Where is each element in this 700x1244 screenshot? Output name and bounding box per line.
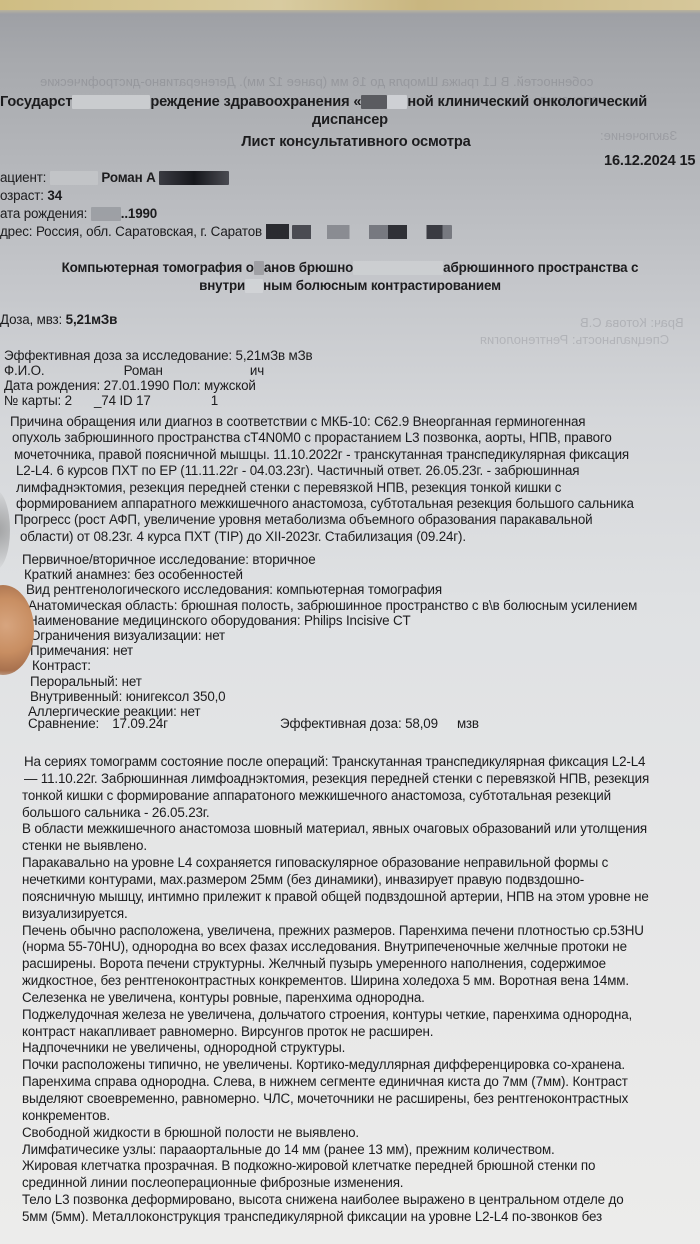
findings-line: выделяют своевременно, равномерно. ЧЛС, … xyxy=(22,1091,628,1107)
document-title: Лист консультативного осмотра xyxy=(0,134,700,150)
card-number-row: № карты: 2_74 ID 171 xyxy=(4,393,218,409)
effective-dose: Эффективная доза за исследование: 5,21мЗ… xyxy=(4,348,313,364)
photo-background-strip xyxy=(0,0,700,10)
study-title-line2: внутриным болюсным контрастированием xyxy=(0,278,700,294)
organization-name: Государстреждение здравоохранения «ной к… xyxy=(0,94,647,110)
diagnosis-line: L2-L4. 6 курсов ПХТ по EP (11.11.22г - 0… xyxy=(16,463,579,479)
findings-line: Жировая клетчатка прозрачная. В подкожно… xyxy=(22,1158,595,1174)
findings-line: — 11.10.22г. Забрюшинная лимфоаднэктомия… xyxy=(24,771,649,787)
redaction-blur xyxy=(292,225,452,239)
findings-line: стенки не выявлено. xyxy=(22,838,147,854)
comparison-dose: Эффективная доза: 58,09 мзв xyxy=(280,716,479,732)
findings-line: Печень обычно расположена, увеличена, пр… xyxy=(22,923,644,939)
patient-age-row: озраст: 34 xyxy=(0,188,62,204)
findings-line: На серияx томограмм состояние после опер… xyxy=(24,754,645,770)
comparison-row: Сравнение: 17.09.24г xyxy=(28,716,168,732)
organization-name-line2: диспансер xyxy=(0,112,700,128)
findings-line: конкрементов. xyxy=(22,1108,110,1124)
patient-dob-row: ата рождения: ..1990 xyxy=(0,206,157,222)
findings-line: срединной линии послеоперационные фиброз… xyxy=(22,1175,403,1191)
bleed-through-text: Специальность: Рентгенология xyxy=(480,332,669,347)
redaction-blur xyxy=(361,95,387,109)
redaction-blur xyxy=(91,207,121,221)
findings-line: (норма 55-70HU), однородна во всех фазах… xyxy=(22,939,627,955)
study-field: Первичное/вторичное исследование: вторич… xyxy=(22,552,316,568)
findings-line: Лимфатичесике узлы: парааортальные до 14… xyxy=(22,1142,555,1158)
study-field: Ограничения визуализации: нет xyxy=(30,628,225,644)
findings-line: Паракавально на уровне L4 сохраняется ги… xyxy=(22,855,608,871)
redaction-blur xyxy=(254,261,264,275)
patient-address-row: дрес: Россия, обл. Саратовская, г. Сарат… xyxy=(0,224,452,240)
study-field: Контраст: xyxy=(32,658,91,674)
findings-line: Паренхима справа однородна. Слева, в ниж… xyxy=(22,1074,628,1090)
study-title-line1: Компьютерная томография оанов брюшноабрю… xyxy=(0,260,700,276)
diagnosis-line: области) от 08.23г. 4 курса ПХТ (TIP) до… xyxy=(20,529,466,545)
diagnosis-line: мочеточника, правой поясничной мышцы. 11… xyxy=(14,447,629,463)
findings-line: Свободной жидкости в брюшной полости не … xyxy=(22,1125,359,1141)
findings-line: 5мм (5мм). Металлоконструкция транспедик… xyxy=(22,1209,602,1225)
diagnosis-line: Причина обращения или диагноз в соответс… xyxy=(10,414,585,430)
diagnosis-line: опухоль забрюшинного пространства cT4N0M… xyxy=(12,430,612,446)
diagnosis-line: лимфаднэктомия, резекция передней стенки… xyxy=(16,480,561,496)
dob-gender-row: Дата рождения: 27.01.1990 Пол: мужской xyxy=(4,378,256,394)
study-field: Вид рентгенологического исследования: ко… xyxy=(26,582,442,598)
study-field: Внутривенный: юнигексол 350,0 xyxy=(30,689,225,705)
findings-line: нечеткими контурами, мах.размером 25мм (… xyxy=(22,872,584,888)
findings-line: Поджелудочная железа не увеличена, дольч… xyxy=(22,1007,632,1023)
findings-line: Селезенка не увеличена, контуры ровные, … xyxy=(22,990,425,1006)
dose-row: Доза, мвз: 5,21мЗв xyxy=(0,312,117,328)
redaction-blur xyxy=(72,95,150,109)
redaction-blur xyxy=(387,95,407,109)
finger-shadow xyxy=(0,490,10,570)
study-field: Наименование медицинского оборудования: … xyxy=(28,613,411,629)
fio-row: Ф.И.О. Роман ич xyxy=(4,363,264,379)
findings-line: тонкой кишки с формирование аппаратоного… xyxy=(22,788,611,804)
redaction-blur xyxy=(50,171,98,185)
document-datetime: 16.12.2024 15 xyxy=(604,153,695,169)
findings-line: жидкостное, без рентгеноконтрастных конк… xyxy=(22,973,629,989)
study-field: Краткий анамнез: без особенностей xyxy=(24,567,243,583)
findings-line: Тело L3 позвонка деформировано, высота с… xyxy=(22,1192,624,1208)
document-page: собенностей. В L1 грыжа Шморля до 16 мм … xyxy=(0,10,700,1244)
redaction-blur xyxy=(353,261,443,275)
bleed-through-text: собенностей. В L1 грыжа Шморля до 16 мм … xyxy=(40,74,593,89)
study-field: Пероральный: нет xyxy=(30,674,142,690)
study-field: Примечания: нет xyxy=(30,643,133,659)
findings-line: Почки расположены типично, не увеличены.… xyxy=(22,1057,625,1073)
diagnosis-line: формированием аппаратного межкишечного а… xyxy=(16,496,634,512)
redaction-blur xyxy=(245,279,263,293)
study-field: Анатомическая область: брюшная полость, … xyxy=(28,598,637,614)
findings-line: контраст накапливает равномерно. Вирсунг… xyxy=(22,1024,433,1040)
redaction-blur xyxy=(159,171,229,185)
findings-line: В области межкишечного анастомоза шовный… xyxy=(22,821,647,837)
findings-line: большого сальника - 26.05.23г. xyxy=(22,805,209,821)
patient-name-row: ациент: Роман А xyxy=(0,170,229,186)
diagnosis-line: Прогресс (рост АФП, увеличение уровня ме… xyxy=(14,512,592,528)
findings-line: расширены. Ворота печени структурны. Жел… xyxy=(22,956,606,972)
findings-line: Надпочечники не увеличены, однородной ст… xyxy=(22,1040,345,1056)
findings-line: поясничную мышцу, интимно прилежит к пра… xyxy=(22,889,649,905)
bleed-through-text: Врач: Котова С.В xyxy=(580,315,684,330)
findings-line: визуализируется. xyxy=(22,906,128,922)
